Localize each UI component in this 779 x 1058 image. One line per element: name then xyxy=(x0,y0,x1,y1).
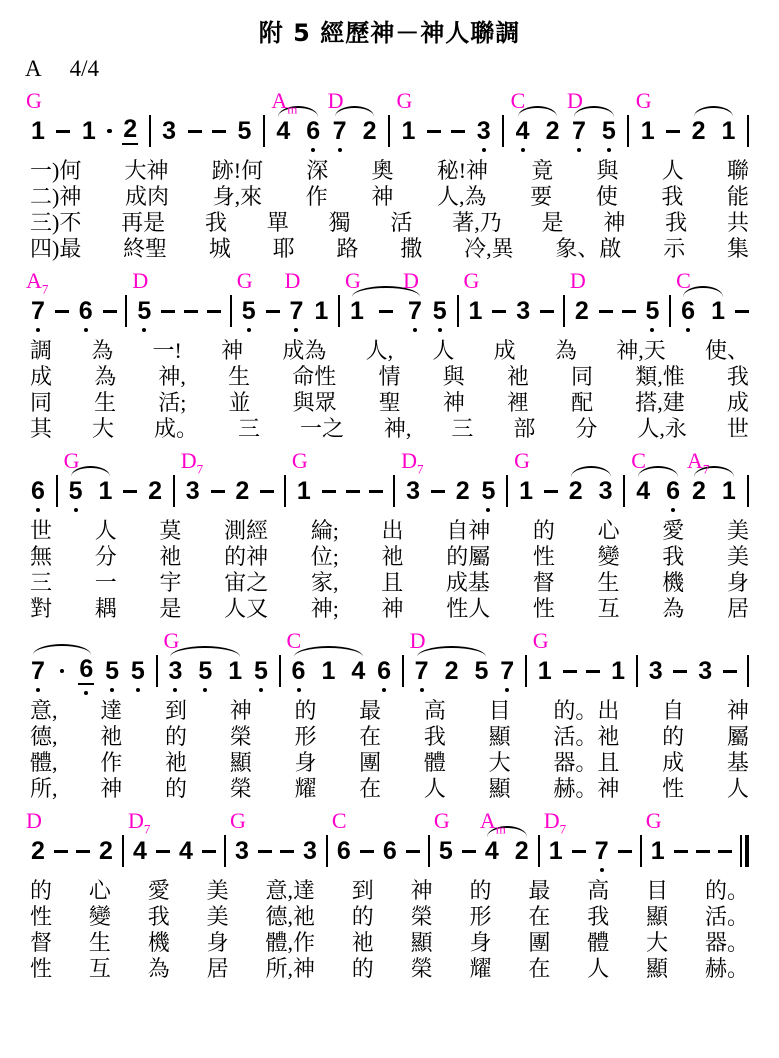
slur-group: 7D5 xyxy=(571,119,617,144)
slur-group: 21 xyxy=(691,119,737,144)
barline xyxy=(263,115,265,147)
note: 1D7 xyxy=(548,839,564,864)
lyric-cell: 成為 xyxy=(282,338,326,364)
chord-label: G xyxy=(514,450,530,472)
lyric-row: 調為一!神成為人,人成為神,天使、 xyxy=(30,338,749,364)
dash xyxy=(161,310,175,313)
lyric-cell: 祂 xyxy=(507,364,529,390)
note: 1 xyxy=(610,659,626,684)
lyric-cell: 人 xyxy=(424,776,446,802)
lyric-row: 督生機身體,作祂顯身團體大器。 xyxy=(30,930,749,956)
lyric-cell: 器。且 xyxy=(553,750,619,776)
barline xyxy=(224,835,226,867)
lyric-cell: 其 xyxy=(30,416,52,442)
note: 6C xyxy=(680,299,696,324)
slur-group: 4C2 xyxy=(515,119,561,144)
note: 6C xyxy=(336,839,352,864)
note: 1 xyxy=(710,299,726,324)
dash xyxy=(563,670,577,673)
lyric-cell: 的 xyxy=(352,904,374,930)
lyric-cell: 成 xyxy=(662,750,684,776)
lyric-cell: 成基 xyxy=(446,570,490,596)
notation-line: 1G12354Am67D21G34C27D51G21 xyxy=(30,114,749,148)
note: 5 xyxy=(236,119,252,144)
chord-label: D xyxy=(570,270,586,292)
lyric-cell: 耶 xyxy=(273,236,295,262)
lyric-cell: 人,為 xyxy=(437,184,487,210)
lyric-cell: 成 xyxy=(494,338,516,364)
chord-label: A7 xyxy=(26,270,48,292)
note: 1 xyxy=(81,119,97,144)
barline xyxy=(173,475,175,507)
lyric-cell: 祂 xyxy=(352,930,374,956)
lyric-cell: 生 xyxy=(597,570,619,596)
lyric-cell: 位; xyxy=(311,544,339,570)
lyric-cell: 生 xyxy=(228,364,250,390)
lyric-cell: 祂 xyxy=(159,544,181,570)
lyric-cell: 耀 xyxy=(470,956,492,982)
lyric-row: 同生活;並與眾聖神裡配搭,建成 xyxy=(30,390,749,416)
note: 3 xyxy=(648,659,664,684)
barline xyxy=(669,295,671,327)
note: 7D xyxy=(407,299,423,324)
lyric-cell: 成肉 xyxy=(125,184,169,210)
barline xyxy=(56,475,58,507)
dash xyxy=(55,310,69,313)
lyric-cell: 與 xyxy=(443,364,465,390)
note: 1 xyxy=(320,659,336,684)
note: 4Am xyxy=(275,119,291,144)
note: 3 xyxy=(476,119,492,144)
lyric-cell: 使 xyxy=(596,184,618,210)
lyric-cell: 的。 xyxy=(705,878,749,904)
lyric-cell: 德,祂 xyxy=(265,904,315,930)
lyrics-block: 世人莫測經綸;出自神的心愛美無分祂的神位;祂的屬性變我美三一宇宙之家,且成基督生… xyxy=(30,518,749,622)
lyric-cell: 互 xyxy=(598,596,620,622)
note: 4C xyxy=(515,119,531,144)
lyric-cell: 再是 xyxy=(121,210,165,236)
lyric-cell: 大神 xyxy=(125,158,169,184)
chord-label: D7 xyxy=(181,450,203,472)
lyric-cell: 使、 xyxy=(705,338,749,364)
lyric-cell: 人, xyxy=(366,338,394,364)
dash xyxy=(451,130,465,133)
dash xyxy=(266,310,280,313)
chord-label: G xyxy=(64,450,80,472)
chord-label: G xyxy=(163,630,179,652)
lyric-cell: 成 xyxy=(30,364,52,390)
chord-label: C xyxy=(511,90,526,112)
lyric-cell: 示 xyxy=(663,236,685,262)
lyric-cell: 聖 xyxy=(379,390,401,416)
lyric-cell: 三)不 xyxy=(30,210,81,236)
dash xyxy=(572,850,586,853)
lyric-cell: 顯 xyxy=(489,724,511,750)
lyric-cell: 我 xyxy=(587,904,609,930)
lyric-cell: 活; xyxy=(158,390,186,416)
barline xyxy=(627,115,629,147)
lyric-cell: 測經 xyxy=(224,518,268,544)
barline xyxy=(388,115,390,147)
note: 5 xyxy=(130,659,146,684)
lyric-cell: 美 xyxy=(727,544,749,570)
barline xyxy=(326,835,328,867)
notation-line: 2D24D743G36C65G4Am21D771G xyxy=(30,834,749,868)
lyric-cell: 督 xyxy=(533,570,555,596)
lyric-cell: 無 xyxy=(30,544,52,570)
music-system: 2D24D743G36C65G4Am21D771G的心愛美意,達到神的最高目的。… xyxy=(30,834,749,982)
lyric-cell: 二)神 xyxy=(30,184,81,210)
chord-label: G xyxy=(230,810,246,832)
lyric-cell: 赫。 xyxy=(705,956,749,982)
lyric-cell: 體 xyxy=(424,750,446,776)
barline xyxy=(230,295,232,327)
dash xyxy=(260,490,274,493)
note: 5 xyxy=(644,299,660,324)
note: 1G xyxy=(518,479,534,504)
dash xyxy=(369,490,383,493)
lyric-cell: 為 xyxy=(148,956,170,982)
dash xyxy=(346,490,360,493)
note: 2 xyxy=(455,479,471,504)
lyric-cell: 意,達 xyxy=(265,878,315,904)
lyric-cell: 形 xyxy=(470,904,492,930)
barline xyxy=(149,115,151,147)
lyric-cell: 集 xyxy=(727,236,749,262)
barline xyxy=(122,835,124,867)
chord-label: D xyxy=(132,270,148,292)
lyric-cell: 心 xyxy=(598,518,620,544)
note: 5 xyxy=(432,299,448,324)
note: 6 xyxy=(30,479,46,504)
barline xyxy=(525,655,527,687)
barline xyxy=(636,655,638,687)
lyric-cell: 高 xyxy=(424,698,446,724)
dash xyxy=(207,310,221,313)
lyric-cell: 神 xyxy=(371,184,393,210)
lyric-cell: 人又 xyxy=(224,596,268,622)
lyric-cell: 四)最 xyxy=(30,236,81,262)
barline xyxy=(640,835,642,867)
lyric-cell: 顯 xyxy=(489,776,511,802)
lyric-cell: 顯 xyxy=(646,956,668,982)
chord-label: G xyxy=(463,270,479,292)
dash xyxy=(280,850,294,853)
slur-group: 3G51 xyxy=(167,659,243,684)
lyric-cell: 體 xyxy=(587,930,609,956)
note: 2A7 xyxy=(691,479,707,504)
lyric-cell: 搭,建 xyxy=(635,390,685,416)
music-system: 7A765D5G7D11G7D51G32D56C1調為一!神成為人,人成為神,天… xyxy=(30,294,749,442)
augmentation-dot xyxy=(107,129,112,134)
lyric-cell: 美 xyxy=(207,878,229,904)
key-signature: A xyxy=(25,56,42,81)
note: 6 xyxy=(376,659,392,684)
chord-label: D xyxy=(26,810,42,832)
lyric-cell: 神 xyxy=(443,390,465,416)
dash xyxy=(360,850,374,853)
chord-label: G xyxy=(434,810,450,832)
lyric-cell: 奧 xyxy=(372,158,394,184)
note: 2 xyxy=(545,119,561,144)
lyric-cell: 家, xyxy=(311,570,339,596)
lyric-cell: 神,天 xyxy=(616,338,666,364)
dash xyxy=(123,490,137,493)
note: 1G xyxy=(467,299,483,324)
lyric-cell: 心 xyxy=(89,878,111,904)
lyric-cell: 城 xyxy=(209,236,231,262)
lyric-cell: 莫 xyxy=(159,518,181,544)
note: 5 xyxy=(253,659,269,684)
lyric-cell: 的 xyxy=(30,878,52,904)
note: 7A7 xyxy=(30,299,46,324)
lyric-cell: 是 xyxy=(159,596,181,622)
barline xyxy=(747,115,749,147)
lyric-cell: 到 xyxy=(352,878,374,904)
lyric-cell: 身 xyxy=(727,570,749,596)
lyric-cell: 活。祂 xyxy=(553,724,619,750)
note: 3 xyxy=(161,119,177,144)
dash xyxy=(462,850,476,853)
barline xyxy=(125,295,127,327)
note: 1G xyxy=(296,479,312,504)
chord-label: A7 xyxy=(687,450,709,472)
dash xyxy=(673,670,687,673)
slur-group: 5G1 xyxy=(68,479,114,504)
dash xyxy=(322,490,336,493)
lyric-cell: 變 xyxy=(89,904,111,930)
time-signature: 4/4 xyxy=(70,56,99,81)
lyric-cell: 人 xyxy=(727,776,749,802)
key-time-row: A4/4 xyxy=(25,56,779,82)
barline xyxy=(623,475,625,507)
note: 2 xyxy=(122,117,138,145)
lyric-row: 性變我美德,祂的榮形在我顯活。 xyxy=(30,904,749,930)
slur-group: 7D25 xyxy=(414,659,490,684)
chord-label: D xyxy=(567,90,583,112)
lyric-cell: 身 xyxy=(294,750,316,776)
lyric-cell: 竟 xyxy=(531,158,553,184)
lyric-cell: 我 xyxy=(205,210,227,236)
dash xyxy=(406,850,420,853)
note: 7 xyxy=(499,659,515,684)
lyric-cell: 世 xyxy=(727,416,749,442)
lyric-cell: 一)何 xyxy=(30,158,81,184)
song-sheet: 附 5 經歷神－神人聯調 A4/4 1G12354Am67D21G34C27D5… xyxy=(0,0,779,1058)
lyric-cell: 我 xyxy=(665,210,687,236)
dash xyxy=(379,310,393,313)
lyric-cell: 共 xyxy=(727,210,749,236)
lyric-cell: 人 xyxy=(432,338,454,364)
slur-group: 1G7D xyxy=(349,299,423,324)
lyric-cell: 對 xyxy=(30,596,52,622)
lyric-cell: 所, xyxy=(30,776,58,802)
augmentation-dot xyxy=(60,669,65,674)
lyric-row: 三)不再是我單獨活著,乃是神我共 xyxy=(30,210,749,236)
lyric-cell: 為 xyxy=(662,596,684,622)
dash xyxy=(666,130,680,133)
dash xyxy=(622,310,636,313)
lyric-cell: 裡 xyxy=(507,390,529,416)
lyric-cell: 到 xyxy=(165,698,187,724)
note: 5 xyxy=(104,659,120,684)
lyric-row: 二)神成肉身,來作神人,為要使我能 xyxy=(30,184,749,210)
lyric-cell: 機 xyxy=(662,570,684,596)
lyric-cell: 居 xyxy=(207,956,229,982)
note: 1G xyxy=(30,119,46,144)
lyric-cell: 為 xyxy=(91,338,113,364)
dash xyxy=(586,670,600,673)
slur-group: 4Am2 xyxy=(484,839,530,864)
notation-line: 7A765D5G7D11G7D51G32D56C1 xyxy=(30,294,749,328)
chord-label: G xyxy=(646,810,662,832)
lyric-cell: 類,惟 xyxy=(635,364,685,390)
note: 1 xyxy=(721,119,737,144)
lyric-cell: 美 xyxy=(727,518,749,544)
barline xyxy=(279,655,281,687)
lyric-cell: 聯 xyxy=(727,158,749,184)
lyric-cell: 分 xyxy=(95,544,117,570)
dash xyxy=(718,850,732,853)
chord-label: Am xyxy=(271,90,297,112)
note: 6 xyxy=(78,299,94,324)
song-title: 附 5 經歷神－神人聯調 xyxy=(0,0,779,48)
dash xyxy=(188,130,202,133)
lyric-cell: 榮 xyxy=(411,904,433,930)
dash xyxy=(735,310,749,313)
barline xyxy=(563,295,565,327)
chord-label: C xyxy=(631,450,646,472)
note: 4C xyxy=(635,479,651,504)
lyric-cell: 神 xyxy=(382,596,404,622)
lyric-cell: 終聖 xyxy=(123,236,167,262)
lyric-row: 體,作祂顯身團體大器。且成基 xyxy=(30,750,749,776)
lyric-cell: 性 xyxy=(533,544,555,570)
lyric-cell: 美 xyxy=(207,904,229,930)
lyric-cell: 的屬 xyxy=(446,544,490,570)
lyric-cell: 大 xyxy=(646,930,668,956)
lyric-cell: 祂 xyxy=(382,544,404,570)
note: 2 xyxy=(514,839,530,864)
dash xyxy=(258,850,272,853)
lyric-cell: 並 xyxy=(228,390,250,416)
dash xyxy=(723,670,737,673)
lyric-cell: 生 xyxy=(94,390,116,416)
lyric-cell: 人,永 xyxy=(637,416,687,442)
note: 2D xyxy=(30,839,46,864)
lyric-row: 的心愛美意,達到神的最高目的。 xyxy=(30,878,749,904)
lyric-cell: 居 xyxy=(727,596,749,622)
lyric-cell: 性 xyxy=(30,904,52,930)
chord-label: D7 xyxy=(401,450,423,472)
lyric-row: 世人莫測經綸;出自神的心愛美 xyxy=(30,518,749,544)
lyric-cell: 命性 xyxy=(292,364,336,390)
note: 7D xyxy=(289,299,305,324)
lyric-cell: 自神 xyxy=(446,518,490,544)
lyric-cell: 部 xyxy=(513,416,535,442)
note: 6 xyxy=(78,657,94,685)
lyric-cell: 情 xyxy=(378,364,400,390)
lyric-row: 所,神的榮耀在人顯赫。神性人 xyxy=(30,776,749,802)
slur-group: 2A71 xyxy=(691,479,737,504)
dash xyxy=(674,850,688,853)
chord-label: D xyxy=(403,270,419,292)
lyric-cell: 目 xyxy=(646,878,668,904)
lyric-cell: 團 xyxy=(359,750,381,776)
lyric-cell: 為 xyxy=(555,338,577,364)
lyric-cell: 愛 xyxy=(662,518,684,544)
lyric-cell: 顯 xyxy=(230,750,252,776)
lyric-cell: 宇 xyxy=(159,570,181,596)
note: 5G xyxy=(241,299,257,324)
lyrics-block: 一)何大神跡!何深奧秘!神竟與人聯二)神成肉身,來作神人,為要使我能三)不再是我… xyxy=(30,158,749,262)
lyric-cell: 器。 xyxy=(705,930,749,956)
lyric-cell: 最 xyxy=(528,878,550,904)
lyric-cell: 高 xyxy=(587,878,609,904)
chord-label: G xyxy=(237,270,253,292)
note: 5G xyxy=(438,839,454,864)
chord-label: D xyxy=(328,90,344,112)
lyric-cell: 體,作 xyxy=(265,930,315,956)
lyric-cell: 體, xyxy=(30,750,58,776)
lyric-cell: 三 xyxy=(30,570,52,596)
lyric-cell: 屬 xyxy=(727,724,749,750)
chord-label: G xyxy=(636,90,652,112)
note: 3 xyxy=(302,839,318,864)
note: 6 xyxy=(382,839,398,864)
note: 7D xyxy=(332,119,348,144)
notation-line: 65G123D721G3D7251G234C62A71 xyxy=(30,474,749,508)
lyric-cell: 目 xyxy=(489,698,511,724)
lyric-row: 對耦是人又神;神性人性互為居 xyxy=(30,596,749,622)
note: 1G xyxy=(640,119,656,144)
barline xyxy=(156,655,158,687)
lyric-cell: 顯 xyxy=(646,904,668,930)
lyric-cell: 分 xyxy=(575,416,597,442)
note: 6C xyxy=(291,659,307,684)
lyric-cell: 要 xyxy=(530,184,552,210)
lyric-cell: 性 xyxy=(30,956,52,982)
lyric-row: 意,達到神的最高目的。出自神 xyxy=(30,698,749,724)
lyric-cell: 是 xyxy=(542,210,564,236)
lyric-cell: 大 xyxy=(92,416,114,442)
lyric-cell: 我 xyxy=(148,904,170,930)
lyric-cell: 路 xyxy=(337,236,359,262)
lyric-cell: 神, xyxy=(384,416,412,442)
lyric-cell: 象、啟 xyxy=(555,236,621,262)
music-system: 76553G5156C1467D2571G133意,達到神的最高目的。出自神德,… xyxy=(30,654,749,802)
note: 4 xyxy=(350,659,366,684)
lyric-cell: 一 xyxy=(95,570,117,596)
lyric-cell: 成。 xyxy=(154,416,198,442)
note: 1G xyxy=(349,299,365,324)
barline xyxy=(457,295,459,327)
lyric-cell: 自 xyxy=(662,698,684,724)
note: 6 xyxy=(665,479,681,504)
lyric-cell: 機 xyxy=(148,930,170,956)
lyric-cell: 成 xyxy=(727,390,749,416)
lyric-cell: 的 xyxy=(294,698,316,724)
music-system: 65G123D721G3D7251G234C62A71世人莫測經綸;出自神的心愛… xyxy=(30,474,749,622)
lyric-cell: 形 xyxy=(294,724,316,750)
lyric-row: 一)何大神跡!何深奧秘!神竟與人聯 xyxy=(30,158,749,184)
slur-group: 4Am6 xyxy=(275,119,321,144)
slur-group: 76 xyxy=(30,657,94,685)
note: 3D7 xyxy=(405,479,421,504)
systems: 1G12354Am67D21G34C27D51G21一)何大神跡!何深奧秘!神竟… xyxy=(30,114,749,982)
lyric-cell: 神 xyxy=(230,698,252,724)
slur-group: 23 xyxy=(568,479,614,504)
